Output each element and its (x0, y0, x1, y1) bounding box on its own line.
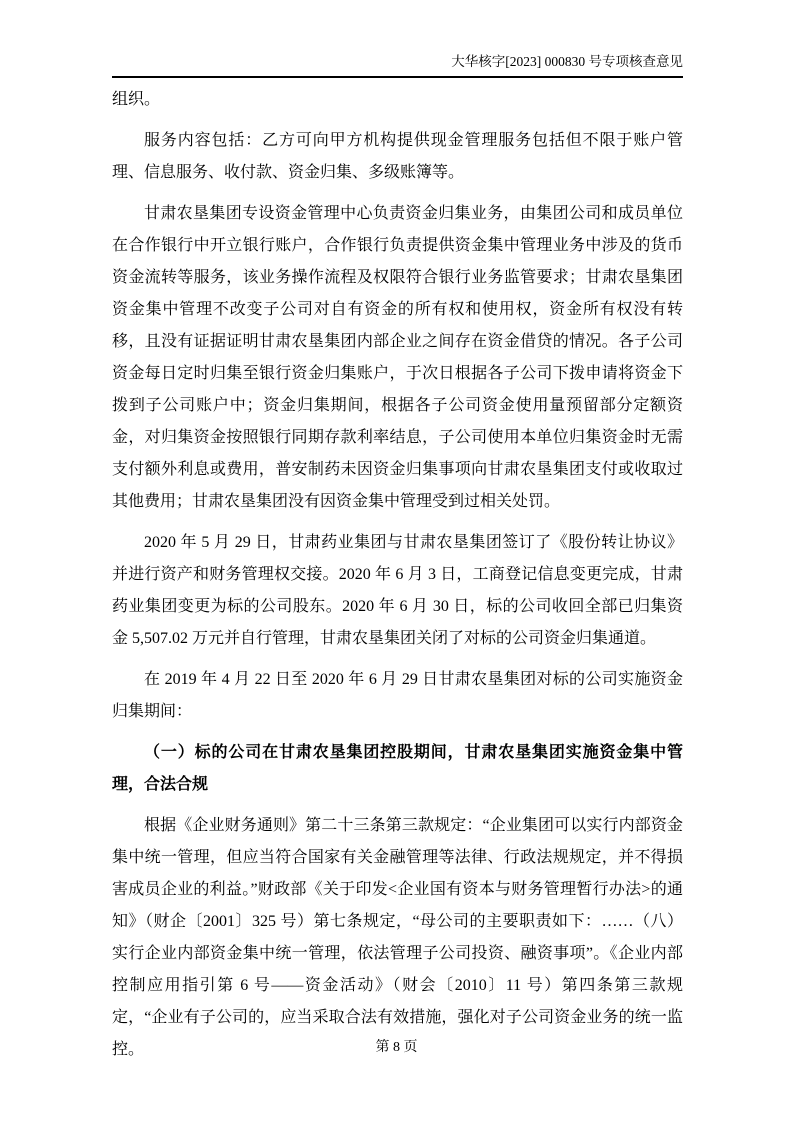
document-page: 大华核字[2023] 000830 号专项核查意见 组织。 服务内容包括：乙方可… (0, 0, 793, 1122)
page-number: 第 8 页 (376, 1040, 418, 1055)
paragraph-pooling-period-intro: 在 2019 年 4 月 22 日至 2020 年 6 月 29 日甘肃农垦集团… (112, 664, 683, 728)
paragraph-service-scope: 服务内容包括：乙方可向甲方机构提供现金管理服务包括但不限于账户管理、信息服务、收… (112, 125, 683, 189)
document-body: 组织。 服务内容包括：乙方可向甲方机构提供现金管理服务包括但不限于账户管理、信息… (112, 84, 683, 1066)
section-heading-1: （一）标的公司在甘肃农垦集团控股期间，甘肃农垦集团实施资金集中管理，合法合规 (112, 737, 683, 801)
paragraph-fund-pooling-description: 甘肃农垦集团专设资金管理中心负责资金归集业务，由集团公司和成员单位在合作银行中开… (112, 198, 683, 518)
page-footer: 第 8 页 (0, 1038, 793, 1058)
paragraph-continuation: 组织。 (112, 84, 683, 116)
paragraph-regulation-citations: 根据《企业财务通则》第二十三条第三款规定：“企业集团可以实行内部资金集中统一管理… (112, 810, 683, 1066)
page-header: 大华核字[2023] 000830 号专项核查意见 (112, 52, 683, 78)
document-number: 大华核字[2023] 000830 号专项核查意见 (451, 54, 683, 69)
paragraph-equity-transfer: 2020 年 5 月 29 日，甘肃药业集团与甘肃农垦集团签订了《股份转让协议》… (112, 527, 683, 655)
